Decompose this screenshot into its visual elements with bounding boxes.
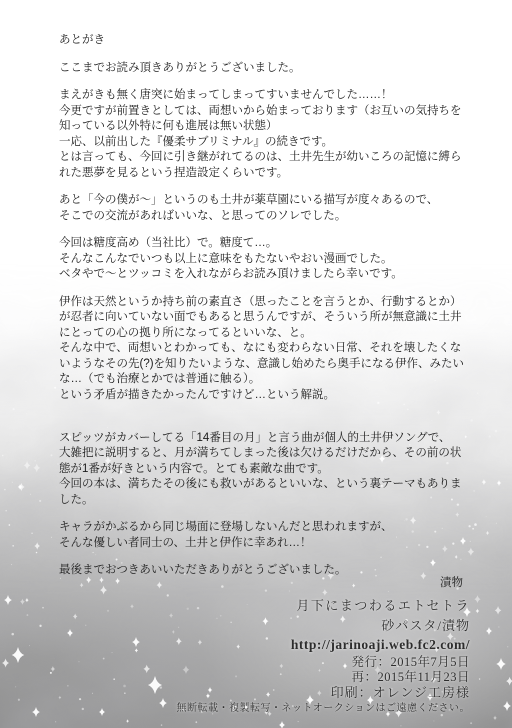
afterword-paragraph: キャラがかぶるから同じ場面に登場しないんだと思われますが、 そんな優しい者同士の… — [59, 520, 469, 551]
author-signature: 漬物 — [59, 574, 463, 590]
afterword-paragraphs: ここまでお読み頂きありがとうございました。 まえがきも無く唐突に始まってしまって… — [59, 61, 469, 579]
afterword-paragraph: 今回は糖度高め（当社比）で。糖度て…。 そんなこんなでいつも以上に意味をもたない… — [59, 236, 469, 283]
afterword-paragraph: 伊作は天然というか持ち前の素直さ（思ったことを言うとか、行動するとか） が忍者に… — [59, 295, 469, 404]
afterword-paragraph: スピッツがカバーしてる「14番目の月」と言う曲が個人的土井伊ソングで、 大雑把に… — [59, 415, 469, 508]
book-title: 月下にまつわるエトセトラ — [177, 598, 471, 613]
reprint-date: 再：2015年11月23日 — [177, 670, 471, 684]
publish-date: 発行：2015年7月5日 — [177, 655, 471, 669]
afterword-body: あとがき ここまでお読み頂きありがとうございました。 まえがきも無く唐突に始まっ… — [59, 33, 469, 591]
afterword-page: あとがき ここまでお読み頂きありがとうございました。 まえがきも無く唐突に始まっ… — [0, 0, 512, 728]
printer-credit: 印刷：オレンジ工房様 — [177, 685, 471, 700]
afterword-paragraph: ここまでお読み頂きありがとうございました。 — [59, 61, 469, 77]
circle-author: 砂パスタ/漬物 — [177, 618, 471, 633]
colophon: 月下にまつわるエトセトラ 砂パスタ/漬物 http://jarinoaji.we… — [177, 598, 471, 715]
afterword-paragraph: まえがきも無く唐突に始まってしまってすいませんでした……！ 今更ですが前置きとし… — [59, 88, 469, 181]
copyright-notice: 無断転載・複製転写・ネットオークションはご遠慮ください。 — [177, 703, 471, 715]
afterword-paragraph: あと「今の僕が～」というのも土井が薬草園にいる描写が度々あるので、 そこでの交流… — [59, 193, 469, 224]
afterword-heading: あとがき — [59, 33, 469, 49]
website-url: http://jarinoaji.web.fc2.com/ — [177, 637, 471, 653]
